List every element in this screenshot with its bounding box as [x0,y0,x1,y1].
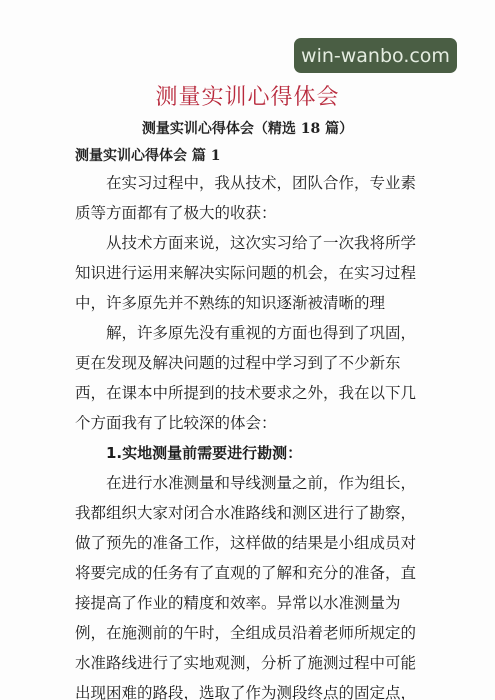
paragraph-line: 出现困难的路段，选取了作为测段终点的固定点， [75,678,425,700]
watermark-badge: win-wanbo.com [294,38,457,73]
document-title: 测量实训心得体会 [0,80,495,111]
paragraph-line: 接提高了作业的精度和效率。异常以水准测量为 [75,588,425,618]
paragraph-line: 质等方面都有了极大的收获： [75,198,425,228]
paragraph-line: 更在发现及解决问题的过程中学习到了不少新东 [75,348,425,378]
paragraph-line: 我都组织大家对闭合水准路线和测区进行了勘察， [75,498,425,528]
section-heading: 测量实训心得体会 篇 1 [75,145,221,165]
paragraph-line: 个方面我有了比较深的体会： [75,408,425,438]
document-body: 在实习过程中，我从技术，团队合作，专业素 质等方面都有了极大的收获： 从技术方面… [75,168,425,700]
paragraph-line: 解，许多原先没有重视的方面也得到了巩固， [75,318,425,348]
paragraph-line: 知识进行运用来解决实际问题的机会，在实习过程 [75,258,425,288]
paragraph-line: 例，在施测前的午时，全组成员沿着老师所规定的 [75,618,425,648]
paragraph-line: 西，在课本中所提到的技术要求之外，我在以下几 [75,378,425,408]
paragraph-line: 从技术方面来说，这次实习给了一次我将所学 [75,228,425,258]
paragraph-line: 在进行水准测量和导线测量之前，作为组长， [75,468,425,498]
numbered-heading: 1.实地测量前需要进行勘测： [75,438,425,468]
paragraph-line: 将要完成的任务有了直观的了解和充分的准备，直 [75,558,425,588]
paragraph-line: 做了预先的准备工作，这样做的结果是小组成员对 [75,528,425,558]
document-subtitle: 测量实训心得体会（精选 18 篇） [0,118,495,138]
paragraph-line: 中，许多原先并不熟练的知识逐渐被清晰的理 [75,288,425,318]
paragraph-line: 在实习过程中，我从技术，团队合作，专业素 [75,168,425,198]
paragraph-line: 水准路线进行了实地观测，分析了施测过程中可能 [75,648,425,678]
